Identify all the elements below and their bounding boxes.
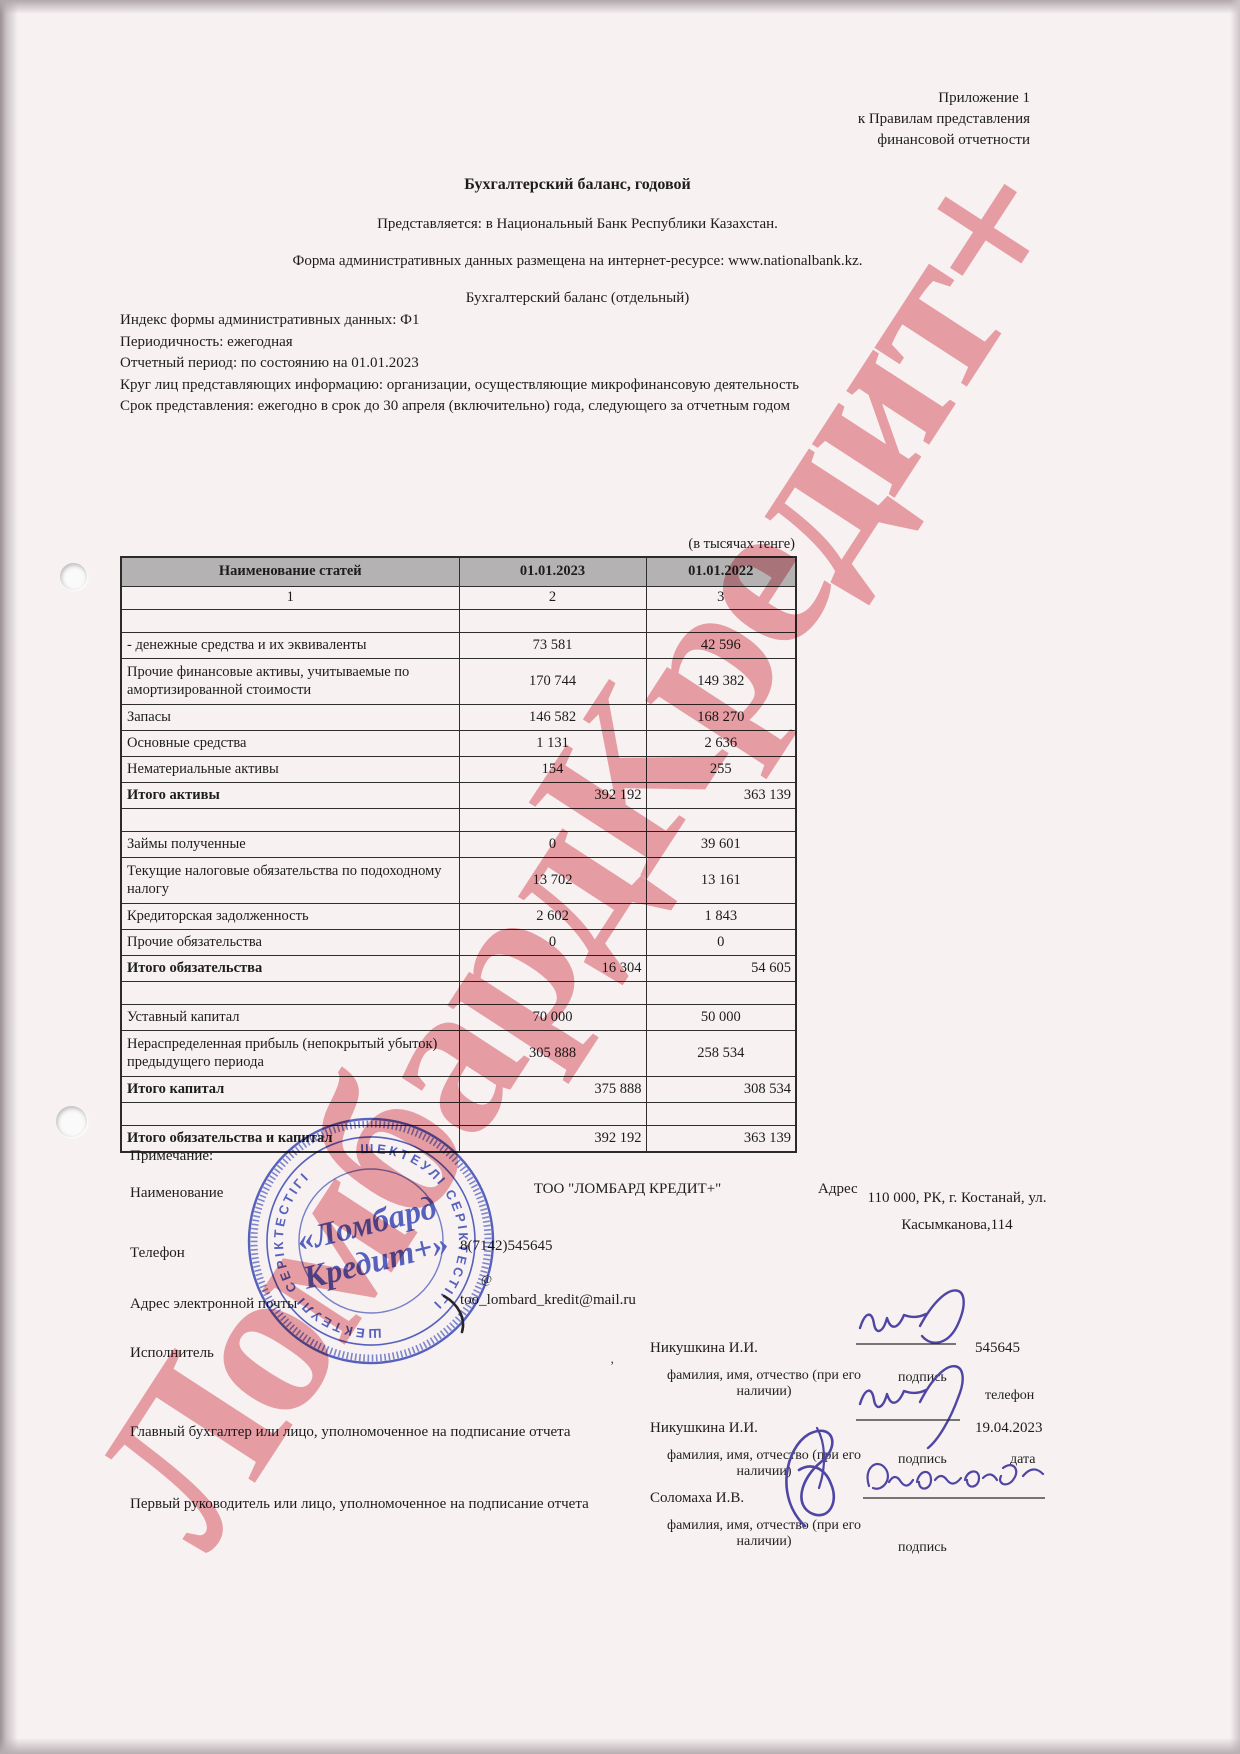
row-value-2023: 0 (459, 832, 646, 858)
table-row (121, 1103, 796, 1126)
row-label (121, 809, 459, 832)
row-value-2023 (459, 809, 646, 832)
at-symbol-mark: @ (481, 1272, 492, 1287)
row-label (121, 982, 459, 1005)
org-address-value: 110 000, РК, г. Костанай, ул. Касымканов… (862, 1185, 1052, 1239)
appendix-note: Приложение 1 к Правилам представления фи… (858, 88, 1030, 151)
table-row: Прочие обязательства00 (121, 930, 796, 956)
org-name-label: Наименование (130, 1185, 223, 1202)
stamp-ring-text-bottom: ШЕКТЕУЛІ СЕРІКТЕСТІГІ (253, 1159, 385, 1362)
row-label (121, 1103, 459, 1126)
row-value-2022: 168 270 (646, 705, 796, 731)
phone-value: 8(7142)545645 (460, 1238, 553, 1255)
sign-caption-executor: подпись (898, 1370, 947, 1386)
table-row: Итого капитал375 888308 534 (121, 1077, 796, 1103)
sign-caption-accountant: подпись (898, 1452, 947, 1468)
row-value-2022: 1 843 (646, 904, 796, 930)
form-meta-block: Индекс формы административных данных: Ф1… (120, 310, 799, 418)
org-name-value: ТОО "ЛОМБАРД КРЕДИТ+" (520, 1181, 735, 1198)
sign-date-value: 19.04.2023 (975, 1420, 1043, 1437)
table-row: Займы полученные039 601 (121, 832, 796, 858)
report-period-line: Отчетный период: по состоянию на 01.01.2… (120, 353, 799, 375)
scanned-balance-sheet-page: Приложение 1 к Правилам представления фи… (0, 0, 1240, 1754)
row-label: Запасы (121, 705, 459, 731)
row-label: Уставный капитал (121, 1005, 459, 1031)
executor-phone-value: 545645 (975, 1340, 1020, 1357)
punch-hole-top (60, 563, 87, 590)
row-value-2022 (646, 809, 796, 832)
col-number-3: 3 (646, 587, 796, 610)
row-value-2023: 392 192 (459, 783, 646, 809)
table-row (121, 809, 796, 832)
row-label: Текущие налоговые обязательства по подох… (121, 858, 459, 904)
stray-pen-mark: ʼ (610, 1358, 614, 1374)
table-row: Итого обязательства и капитал392 192363 … (121, 1126, 796, 1153)
appendix-line-2: к Правилам представления (858, 109, 1030, 130)
table-row: Итого обязательства16 30454 605 (121, 956, 796, 982)
units-note: (в тысячах тенге) (560, 536, 795, 553)
fio-caption-executor: фамилия, имя, отчество (при его наличии) (655, 1368, 873, 1400)
row-label: Итого обязательства (121, 956, 459, 982)
row-value-2023: 1 131 (459, 731, 646, 757)
row-label: Итого активы (121, 783, 459, 809)
submitters-line: Круг лиц представляющих информацию: орга… (120, 375, 799, 397)
row-value-2023: 16 304 (459, 956, 646, 982)
row-value-2023 (459, 982, 646, 1005)
table-row (121, 610, 796, 633)
header-2023: 01.01.2023 (459, 557, 646, 587)
row-value-2022: 363 139 (646, 783, 796, 809)
header-2022: 01.01.2022 (646, 557, 796, 587)
row-value-2022: 149 382 (646, 659, 796, 705)
fio-caption-head: фамилия, имя, отчество (при его наличии) (655, 1518, 873, 1550)
table-row: Текущие налоговые обязательства по подох… (121, 858, 796, 904)
row-value-2022 (646, 1103, 796, 1126)
stamp-center-line1: «Ломбард (293, 1190, 440, 1259)
row-value-2023: 154 (459, 757, 646, 783)
form-index-line: Индекс формы административных данных: Ф1 (120, 310, 799, 332)
email-label: Адрес электронной почты (130, 1296, 297, 1313)
head-name: Соломаха И.В. (650, 1490, 744, 1507)
table-row: Основные средства1 1312 636 (121, 731, 796, 757)
document-title: Бухгалтерский баланс, годовой (120, 176, 1035, 194)
table-row (121, 982, 796, 1005)
row-label: Прочие обязательства (121, 930, 459, 956)
row-value-2023: 392 192 (459, 1126, 646, 1153)
row-value-2022: 363 139 (646, 1126, 796, 1153)
page-edge-bottom (0, 1738, 1240, 1754)
executor-name: Никушкина И.И. (650, 1340, 758, 1357)
stamp-center-line2: Кредит+» (299, 1226, 453, 1297)
page-edge-right (1230, 0, 1240, 1754)
row-label: Займы полученные (121, 832, 459, 858)
table-row: Итого активы392 192363 139 (121, 783, 796, 809)
head-label: Первый руководитель или лицо, уполномоче… (130, 1496, 589, 1513)
row-value-2023: 170 744 (459, 659, 646, 705)
periodicity-line: Периодичность: ежегодная (120, 332, 799, 354)
appendix-line-1: Приложение 1 (858, 88, 1030, 109)
row-value-2023: 70 000 (459, 1005, 646, 1031)
chief-accountant-name: Никушкина И.И. (650, 1420, 758, 1437)
row-value-2022: 50 000 (646, 1005, 796, 1031)
table-row: - денежные средства и их эквиваленты73 5… (121, 633, 796, 659)
row-value-2023: 73 581 (459, 633, 646, 659)
row-value-2022: 255 (646, 757, 796, 783)
row-value-2023 (459, 610, 646, 633)
row-value-2022: 0 (646, 930, 796, 956)
table-row: Кредиторская задолженность2 6021 843 (121, 904, 796, 930)
row-value-2023: 2 602 (459, 904, 646, 930)
signature-head-name (855, 1448, 1070, 1510)
table-row: Уставный капитал70 00050 000 (121, 1005, 796, 1031)
balance-table: Наименование статей 01.01.2023 01.01.202… (120, 556, 797, 1153)
chief-accountant-label: Главный бухгалтер или лицо, уполномоченн… (130, 1424, 571, 1441)
deadline-line: Срок представления: ежегодно в срок до 3… (120, 396, 799, 418)
row-value-2023: 0 (459, 930, 646, 956)
table-row: Нераспределенная прибыль (непокрытый убы… (121, 1031, 796, 1077)
appendix-line-3: финансовой отчетности (858, 130, 1030, 151)
col-number-1: 1 (121, 587, 459, 610)
phone-label: Телефон (130, 1245, 185, 1262)
row-value-2022: 13 161 (646, 858, 796, 904)
fio-caption-accountant: фамилия, имя, отчество (при его наличии) (655, 1448, 873, 1480)
row-value-2022: 39 601 (646, 832, 796, 858)
row-value-2022: 42 596 (646, 633, 796, 659)
email-value: too_lombard_kredit@mail.ru (460, 1292, 636, 1309)
row-value-2022: 258 534 (646, 1031, 796, 1077)
org-address-label: Адрес (818, 1181, 858, 1198)
row-value-2023: 305 888 (459, 1031, 646, 1077)
row-label: - денежные средства и их эквиваленты (121, 633, 459, 659)
row-value-2023 (459, 1103, 646, 1126)
row-value-2022: 54 605 (646, 956, 796, 982)
row-value-2022: 308 534 (646, 1077, 796, 1103)
page-edge-left (0, 0, 18, 1754)
svg-text:ШЕКТЕУЛІ СЕРІКТЕСТІГІ: ШЕКТЕУЛІ СЕРІКТЕСТІГІ ШЕКТЕУЛІ СЕРІКТЕСТ… (250, 1120, 492, 1362)
sign-caption-head: подпись (898, 1540, 947, 1556)
row-value-2023: 13 702 (459, 858, 646, 904)
row-label: Основные средства (121, 731, 459, 757)
phone-caption: телефон (985, 1388, 1034, 1404)
row-value-2023: 375 888 (459, 1077, 646, 1103)
row-label: Прочие финансовые активы, учитываемые по… (121, 659, 459, 705)
page-edge-top (0, 0, 1240, 14)
table-row: Нематериальные активы154255 (121, 757, 796, 783)
date-caption: дата (1010, 1452, 1035, 1468)
note-label: Примечание: (130, 1148, 213, 1165)
col-number-2: 2 (459, 587, 646, 610)
row-value-2022 (646, 610, 796, 633)
executor-label: Исполнитель (130, 1345, 214, 1362)
row-value-2022: 2 636 (646, 731, 796, 757)
row-label: Нематериальные активы (121, 757, 459, 783)
row-value-2022 (646, 982, 796, 1005)
row-label (121, 610, 459, 633)
report-form-name: Бухгалтерский баланс (отдельный) (120, 290, 1035, 307)
row-label: Итого капитал (121, 1077, 459, 1103)
column-number-row: 1 2 3 (121, 587, 796, 610)
header-item-name: Наименование статей (121, 557, 459, 587)
table-row: Прочие финансовые активы, учитываемые по… (121, 659, 796, 705)
balance-table-body: - денежные средства и их эквиваленты73 5… (121, 610, 796, 1153)
punch-hole-bottom (56, 1106, 87, 1137)
table-row: Запасы146 582168 270 (121, 705, 796, 731)
form-location-line: Форма административных данных размещена … (120, 253, 1035, 270)
row-label: Кредиторская задолженность (121, 904, 459, 930)
table-header-row: Наименование статей 01.01.2023 01.01.202… (121, 557, 796, 587)
row-label: Нераспределенная прибыль (непокрытый убы… (121, 1031, 459, 1077)
row-value-2023: 146 582 (459, 705, 646, 731)
submitted-to-line: Представляется: в Национальный Банк Респ… (120, 216, 1035, 233)
